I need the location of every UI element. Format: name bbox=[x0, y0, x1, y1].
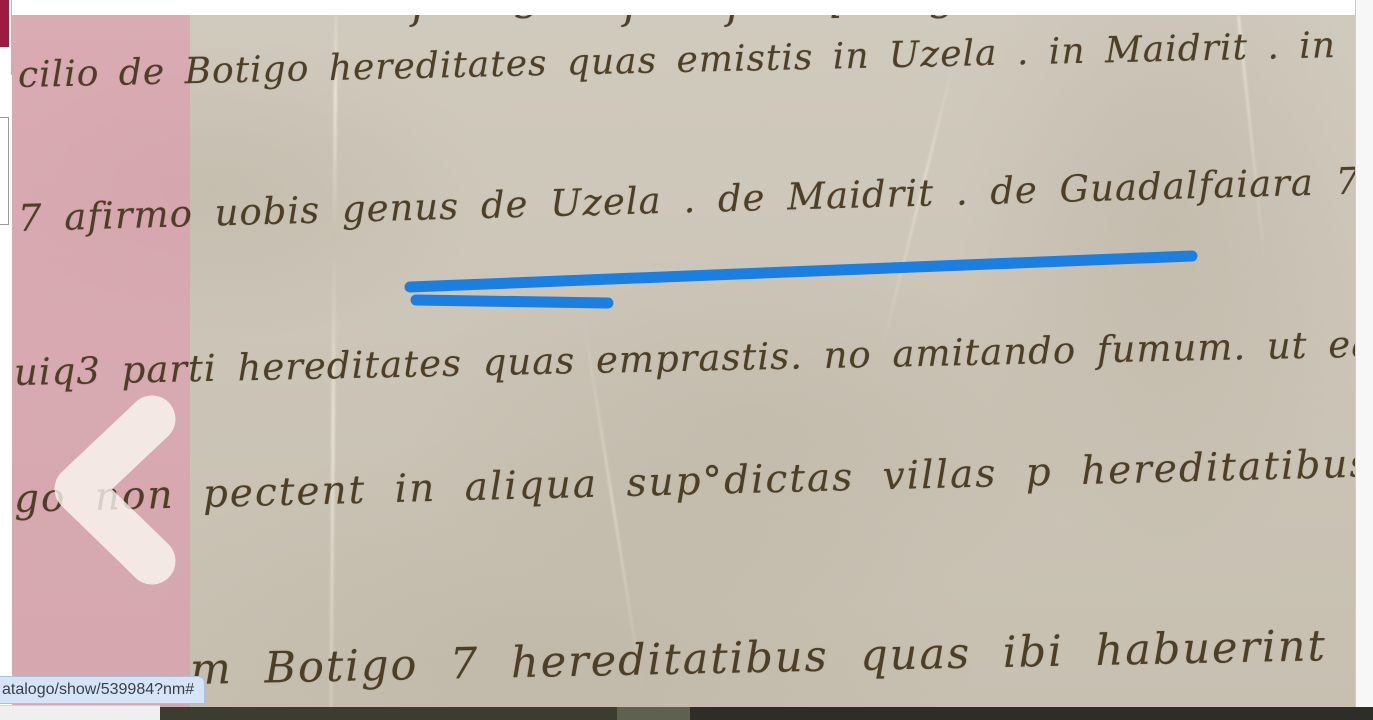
status-url-text: atalogo/show/539984?nm# bbox=[2, 681, 194, 698]
annotation-underline-short bbox=[416, 300, 608, 303]
status-url-bubble: atalogo/show/539984?nm# bbox=[0, 676, 205, 704]
annotation-underline-long bbox=[410, 256, 1192, 287]
left-edge-partial-panel bbox=[0, 117, 9, 225]
brand-accent-block bbox=[0, 0, 9, 47]
manuscript-image-viewer[interactable]: f s f f l s cilio de Botigo hereditates … bbox=[12, 15, 1355, 708]
horizontal-scrollbar-track-right[interactable] bbox=[690, 707, 1373, 720]
previous-page-chevron-icon[interactable] bbox=[40, 393, 180, 593]
status-bar-corner bbox=[0, 705, 160, 720]
vertical-scrollbar-track[interactable] bbox=[1355, 0, 1373, 707]
horizontal-scrollbar-track[interactable] bbox=[160, 707, 1373, 720]
horizontal-scrollbar-thumb[interactable] bbox=[617, 707, 690, 720]
annotation-layer bbox=[12, 15, 1355, 708]
panel-edge-divider bbox=[11, 0, 12, 75]
